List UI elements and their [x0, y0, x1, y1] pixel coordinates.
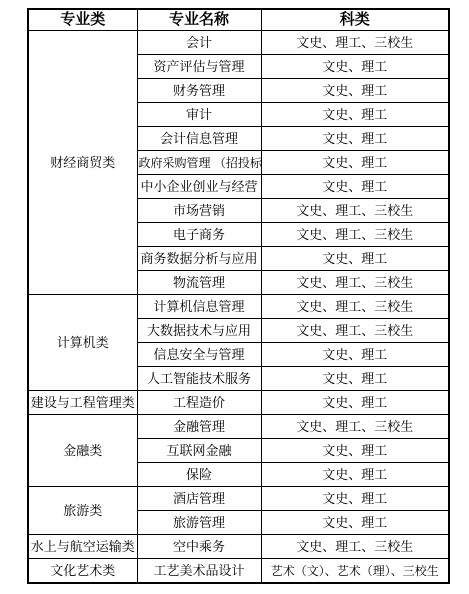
col-header-subjects: 科类 [261, 9, 449, 31]
subjects-cell: 文史、理工 [261, 439, 449, 463]
subjects-cell: 文史、理工 [261, 247, 449, 271]
major-name-cell: 互联网金融 [137, 439, 261, 463]
category-cell: 水上与航空运输类 [28, 535, 137, 559]
major-name-cell: 酒店管理 [137, 487, 261, 511]
major-name-cell: 计算机信息管理 [137, 295, 261, 319]
major-name-cell: 资产评估与管理 [137, 55, 261, 79]
subjects-cell: 文史、理工 [261, 175, 449, 199]
subjects-cell: 文史、理工 [261, 127, 449, 151]
subjects-cell: 文史、理工 [261, 151, 449, 175]
page: 专业类 专业名称 科类 财经商贸类会计文史、理工、三校生资产评估与管理文史、理工… [0, 0, 469, 594]
subjects-cell: 艺术（文）、艺术（理）、三校生 [261, 559, 449, 584]
category-cell: 金融类 [28, 415, 137, 487]
major-name-cell: 商务数据分析与应用 [137, 247, 261, 271]
table-row: 建设与工程管理类工程造价文史、理工 [28, 391, 449, 415]
major-name-cell: 会计信息管理 [137, 127, 261, 151]
subjects-cell: 文史、理工、三校生 [261, 535, 449, 559]
table-header-row: 专业类 专业名称 科类 [28, 9, 449, 31]
major-name-cell: 保险 [137, 463, 261, 487]
col-header-major-name: 专业名称 [137, 9, 261, 31]
subjects-cell: 文史、理工 [261, 463, 449, 487]
subjects-cell: 文史、理工、三校生 [261, 223, 449, 247]
major-name-cell: 人工智能技术服务 [137, 367, 261, 391]
major-name-cell: 金融管理 [137, 415, 261, 439]
table-row: 计算机类计算机信息管理文史、理工、三校生 [28, 295, 449, 319]
subjects-cell: 文史、理工 [261, 343, 449, 367]
table-body: 财经商贸类会计文史、理工、三校生资产评估与管理文史、理工财务管理文史、理工审计文… [28, 31, 449, 584]
category-cell: 计算机类 [28, 295, 137, 391]
major-name-cell: 大数据技术与应用 [137, 319, 261, 343]
table-row: 金融类金融管理文史、理工、三校生 [28, 415, 449, 439]
major-name-cell: 物流管理 [137, 271, 261, 295]
major-name-cell: 中小企业创业与经营 [137, 175, 261, 199]
major-name-cell: 会计 [137, 31, 261, 55]
table-row: 水上与航空运输类空中乘务文史、理工、三校生 [28, 535, 449, 559]
table-row: 财经商贸类会计文史、理工、三校生 [28, 31, 449, 55]
subjects-cell: 文史、理工、三校生 [261, 271, 449, 295]
category-cell: 文化艺术类 [28, 559, 137, 584]
subjects-cell: 文史、理工 [261, 55, 449, 79]
table-row: 文化艺术类工艺美术品设计艺术（文）、艺术（理）、三校生 [28, 559, 449, 584]
majors-table-wrap: 专业类 专业名称 科类 财经商贸类会计文史、理工、三校生资产评估与管理文史、理工… [27, 8, 450, 584]
subjects-cell: 文史、理工 [261, 391, 449, 415]
subjects-cell: 文史、理工、三校生 [261, 31, 449, 55]
major-name-cell: 审计 [137, 103, 261, 127]
major-name-cell: 政府采购管理 （招投标管理方向） [137, 151, 261, 175]
subjects-cell: 文史、理工、三校生 [261, 415, 449, 439]
subjects-cell: 文史、理工 [261, 487, 449, 511]
subjects-cell: 文史、理工 [261, 367, 449, 391]
major-name-cell: 旅游管理 [137, 511, 261, 535]
category-cell: 财经商贸类 [28, 31, 137, 295]
major-name-cell: 信息安全与管理 [137, 343, 261, 367]
major-name-cell: 工艺美术品设计 [137, 559, 261, 584]
major-name-cell: 财务管理 [137, 79, 261, 103]
major-name-cell: 市场营销 [137, 199, 261, 223]
category-cell: 建设与工程管理类 [28, 391, 137, 415]
table-row: 旅游类酒店管理文史、理工 [28, 487, 449, 511]
subjects-cell: 文史、理工、三校生 [261, 295, 449, 319]
subjects-cell: 文史、理工、三校生 [261, 319, 449, 343]
subjects-cell: 文史、理工 [261, 511, 449, 535]
major-name-cell: 空中乘务 [137, 535, 261, 559]
major-name-cell: 工程造价 [137, 391, 261, 415]
subjects-cell: 文史、理工 [261, 79, 449, 103]
subjects-cell: 文史、理工 [261, 103, 449, 127]
subjects-cell: 文史、理工、三校生 [261, 199, 449, 223]
category-cell: 旅游类 [28, 487, 137, 535]
major-name-cell: 电子商务 [137, 223, 261, 247]
col-header-category: 专业类 [28, 9, 137, 31]
majors-table: 专业类 专业名称 科类 财经商贸类会计文史、理工、三校生资产评估与管理文史、理工… [27, 8, 450, 584]
